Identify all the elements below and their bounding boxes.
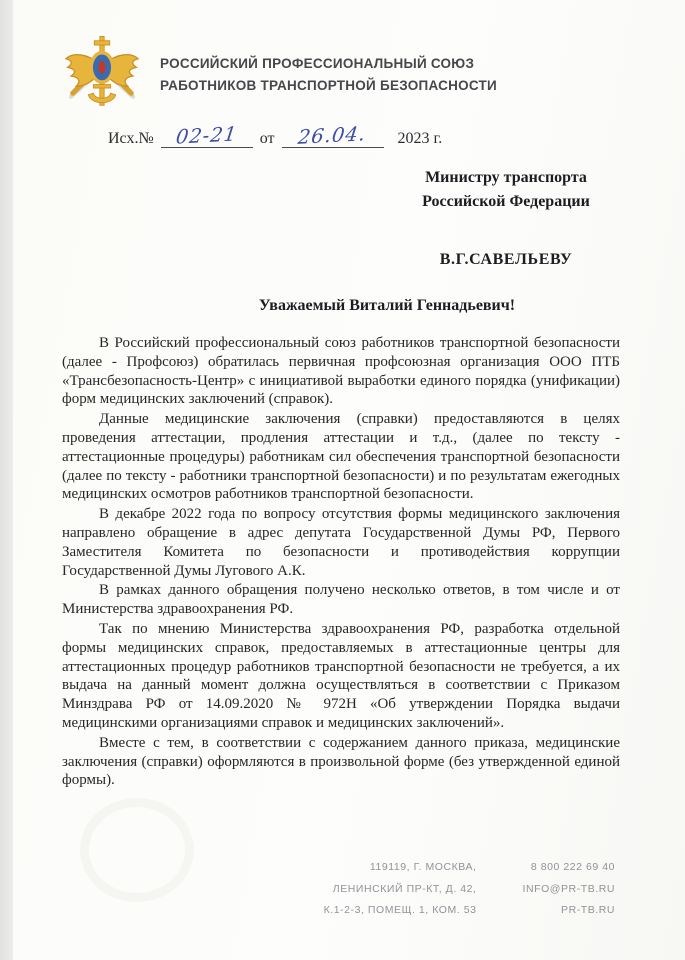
footer-address-line: 119119, Г. МОСКВА,	[324, 857, 477, 879]
letter-paragraph: В декабре 2022 года по вопросу отсутстви…	[62, 505, 620, 580]
letter-footer: 119119, Г. МОСКВА, ЛЕНИНСКИЙ ПР-КТ, Д. 4…	[324, 857, 615, 922]
footer-address: 119119, Г. МОСКВА, ЛЕНИНСКИЙ ПР-КТ, Д. 4…	[324, 857, 477, 922]
letter-photo: РОССИЙСКИЙ ПРОФЕССИОНАЛЬНЫЙ СОЮЗ РАБОТНИ…	[0, 0, 685, 960]
footer-contacts: 8 800 222 69 40 INFO@PR-TB.RU PR-TB.RU	[523, 857, 615, 922]
org-name: РОССИЙСКИЙ ПРОФЕССИОНАЛЬНЫЙ СОЮЗ РАБОТНИ…	[160, 33, 497, 97]
letter-paragraph: В Российский профессиональный союз работ…	[62, 334, 620, 409]
ref-ot-label: от	[260, 130, 275, 147]
paper-edge	[0, 0, 13, 960]
org-name-line2: РАБОТНИКОВ ТРАНСПОРТНОЙ БЕЗОПАСНОСТИ	[160, 75, 497, 97]
footer-phone: 8 800 222 69 40	[523, 857, 615, 879]
ref-date-blank: 26.04.	[282, 126, 384, 148]
footer-address-line: К.1-2-3, ПОМЕЩ. 1, КОМ. 53	[324, 900, 477, 922]
addressee-name: В.Г.САВЕЛЬЕВУ	[378, 248, 634, 272]
stamp-watermark	[80, 798, 194, 902]
ref-number-blank: 02-21	[161, 126, 253, 148]
letter-paragraph: Вместе с тем, в соответствии с содержани…	[62, 734, 620, 790]
salutation: Уважаемый Виталий Геннадьевич!	[158, 297, 616, 315]
footer-email: INFO@PR-TB.RU	[523, 879, 615, 901]
outgoing-ref-line: Исх.№ 02-21 от 26.04. 2023 г.	[108, 126, 442, 148]
letter-paragraph: В рамках данного обращения получено неск…	[62, 581, 620, 619]
footer-website: PR-TB.RU	[523, 900, 615, 922]
ref-year: 2023 г.	[398, 130, 443, 147]
letter-paragraph: Так по мнению Министерства здравоохранен…	[62, 620, 620, 733]
letter-paragraph: Данные медицинские заключения (справки) …	[62, 410, 620, 504]
addressee-block: Министру транспорта Российской Федерации…	[378, 166, 634, 272]
org-name-line1: РОССИЙСКИЙ ПРОФЕССИОНАЛЬНЫЙ СОЮЗ	[160, 53, 497, 75]
footer-address-line: ЛЕНИНСКИЙ ПР-КТ, Д. 42,	[324, 879, 477, 901]
addressee-line2: Российской Федерации	[378, 190, 634, 214]
letterhead: РОССИЙСКИЙ ПРОФЕССИОНАЛЬНЫЙ СОЮЗ РАБОТНИ…	[58, 33, 497, 119]
ref-label: Исх.№	[108, 130, 154, 147]
ref-number-handwritten: 02-21	[175, 122, 239, 148]
letter-body: В Российский профессиональный союз работ…	[62, 334, 620, 791]
transport-union-emblem-icon	[58, 33, 146, 119]
ref-date-handwritten: 26.04.	[297, 122, 368, 149]
addressee-line1: Министру транспорта	[378, 166, 634, 190]
